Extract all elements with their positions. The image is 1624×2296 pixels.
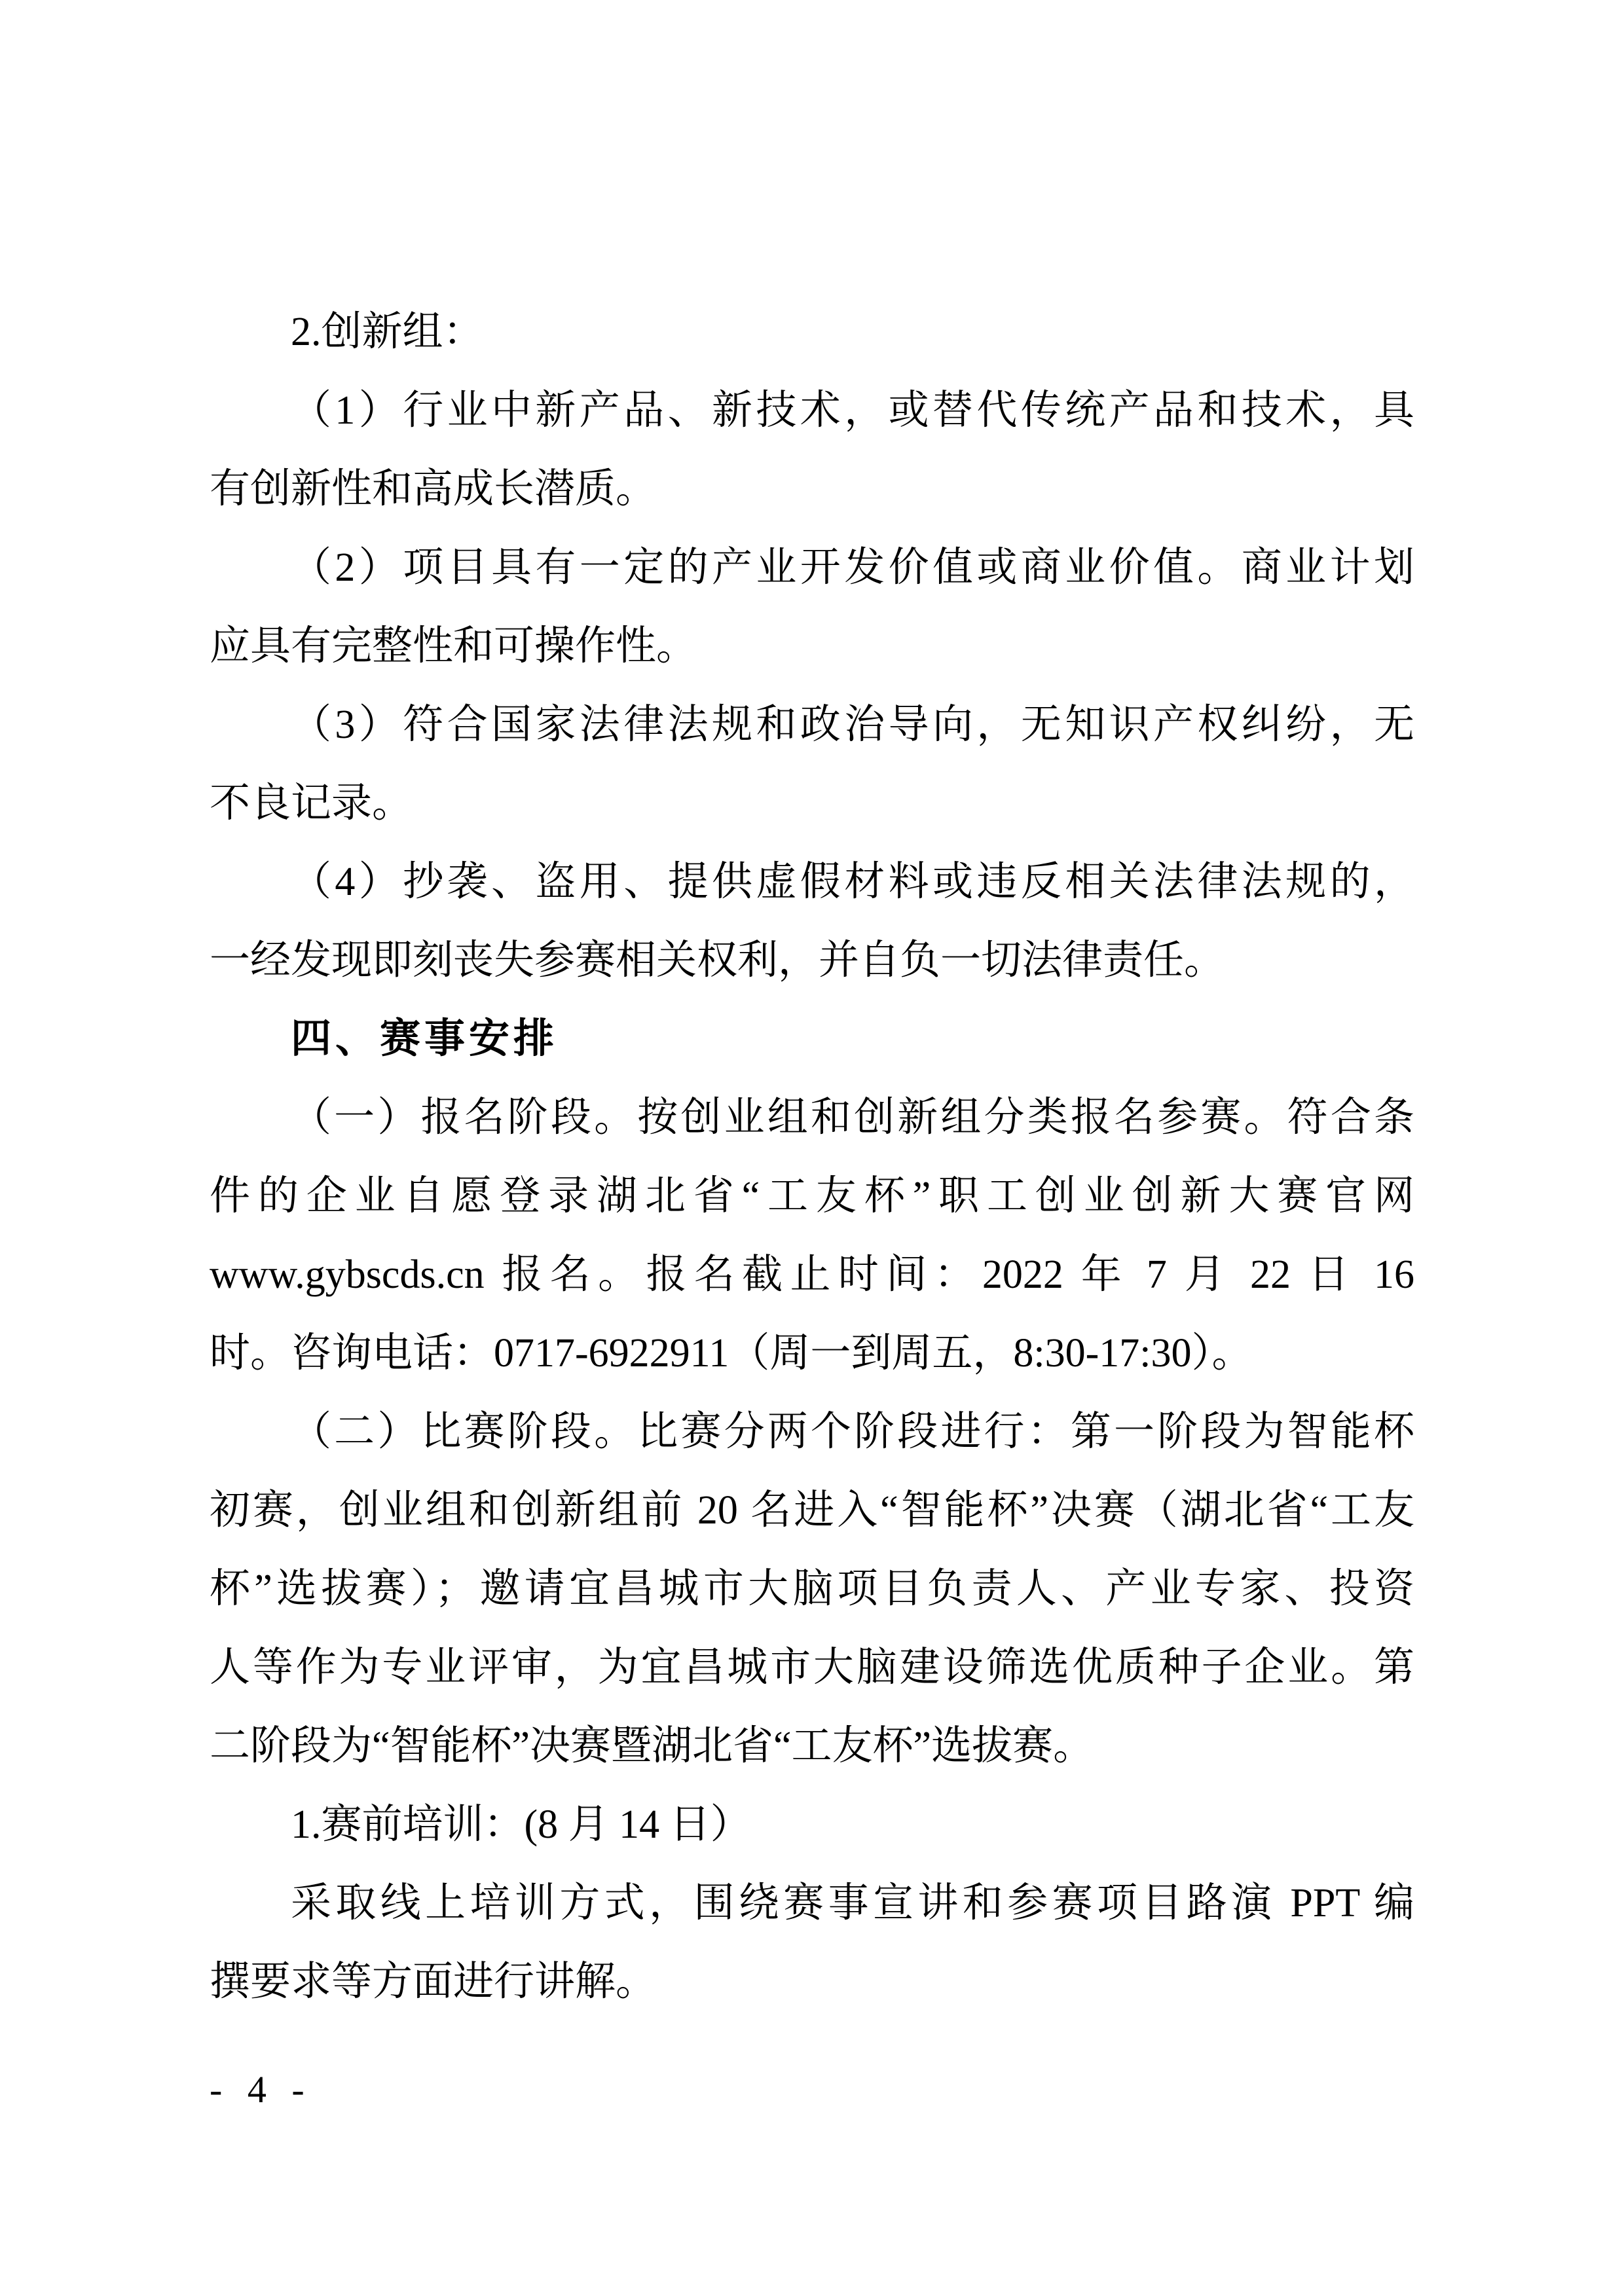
text-line: 采取线上培训方式，围绕赛事宣讲和参赛项目路演 PPT 编 [210, 1864, 1414, 1942]
text-line: （二）比赛阶段。比赛分两个阶段进行：第一阶段为智能杯 [210, 1393, 1414, 1471]
document-page: 2.创新组：（1）行业中新产品、新技术，或替代传统产品和技术，具有创新性和高成长… [0, 0, 1624, 2296]
section-heading: 四、赛事安排 [210, 1000, 1414, 1078]
text-line: 初赛，创业组和创新组前 20 名进入“智能杯”决赛（湖北省“工友 [210, 1471, 1414, 1550]
text-line: （1）行业中新产品、新技术，或替代传统产品和技术，具 [210, 371, 1414, 450]
text-line: （4）抄袭、盗用、提供虚假材料或违反相关法律法规的， [210, 843, 1414, 921]
text-line: 撰要求等方面进行讲解。 [210, 1942, 1414, 2021]
text-line: 1.赛前培训：(8 月 14 日） [210, 1785, 1414, 1864]
text-line: 人等作为专业评审，为宜昌城市大脑建设筛选优质种子企业。第 [210, 1628, 1414, 1707]
text-line: 二阶段为“智能杯”决赛暨湖北省“工友杯”选拔赛。 [210, 1707, 1414, 1785]
text-line: 一经发现即刻丧失参赛相关权利，并自负一切法律责任。 [210, 921, 1414, 1000]
text-line: 不良记录。 [210, 764, 1414, 843]
text-line: 有创新性和高成长潜质。 [210, 450, 1414, 528]
page-number: - 4 - [210, 2064, 312, 2116]
text-line: www.gybscds.cn 报名。报名截止时间：2022 年 7 月 22 日… [210, 1235, 1414, 1314]
text-line: 2.创新组： [210, 293, 1414, 371]
text-line: 应具有完整性和可操作性。 [210, 607, 1414, 685]
text-line: 时。咨询电话：0717-6922911（周一到周五，8:30-17:30）。 [210, 1314, 1414, 1393]
page-body-text: 2.创新组：（1）行业中新产品、新技术，或替代传统产品和技术，具有创新性和高成长… [210, 293, 1414, 2021]
text-line: （2）项目具有一定的产业开发价值或商业价值。商业计划 [210, 528, 1414, 607]
text-line: （3）符合国家法律法规和政治导向，无知识产权纠纷，无 [210, 685, 1414, 764]
text-line: 件的企业自愿登录湖北省“工友杯”职工创业创新大赛官网 [210, 1157, 1414, 1235]
text-line: （一）报名阶段。按创业组和创新组分类报名参赛。符合条 [210, 1078, 1414, 1157]
text-line: 杯”选拔赛）；邀请宜昌城市大脑项目负责人、产业专家、投资 [210, 1550, 1414, 1628]
